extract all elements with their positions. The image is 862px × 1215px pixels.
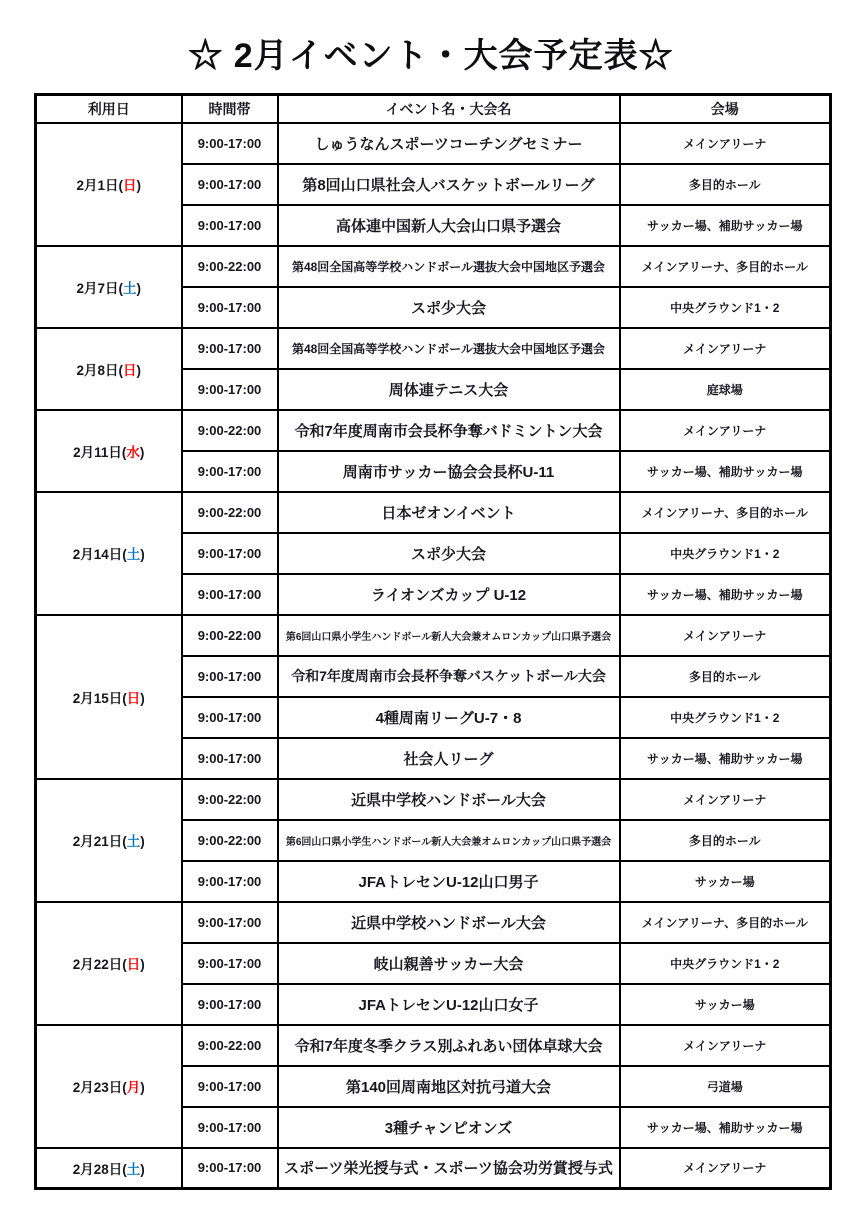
event-name-cell: 第6回山口県小学生ハンドボール新人大会兼オムロンカップ山口県予選会 xyxy=(278,615,620,656)
venue-cell: メインアリーナ xyxy=(620,410,831,451)
event-name-cell: 第8回山口県社会人バスケットボールリーグ xyxy=(278,164,620,205)
schedule-page: ☆ 2月イベント・大会予定表☆ 利用日 時間帯 イベント名・大会名 会場 2月1… xyxy=(0,0,862,1215)
time-cell: 9:00-22:00 xyxy=(182,615,278,656)
venue-cell: 庭球場 xyxy=(620,369,831,410)
page-title: ☆ 2月イベント・大会予定表☆ xyxy=(0,28,862,77)
venue-cell: 中央グラウンド1・2 xyxy=(620,943,831,984)
time-cell: 9:00-17:00 xyxy=(182,574,278,615)
header-row: 利用日 時間帯 イベント名・大会名 会場 xyxy=(36,95,831,123)
venue-cell: サッカー場、補助サッカー場 xyxy=(620,574,831,615)
date-cell: 2月21日(土) xyxy=(36,779,182,902)
venue-cell: 中央グラウンド1・2 xyxy=(620,533,831,574)
table-row: 2月8日(日)9:00-17:00第48回全国高等学校ハンドボール選抜大会中国地… xyxy=(36,328,831,369)
event-name-cell: 社会人リーグ xyxy=(278,738,620,779)
time-cell: 9:00-17:00 xyxy=(182,1066,278,1107)
venue-cell: 多目的ホール xyxy=(620,820,831,861)
venue-cell: メインアリーナ xyxy=(620,779,831,820)
event-name-cell: しゅうなんスポーツコーチングセミナー xyxy=(278,123,620,164)
date-text: 2月14日( xyxy=(73,547,127,562)
time-cell: 9:00-17:00 xyxy=(182,123,278,164)
venue-cell: メインアリーナ xyxy=(620,615,831,656)
date-cell: 2月15日(日) xyxy=(36,615,182,779)
time-cell: 9:00-17:00 xyxy=(182,738,278,779)
venue-cell: 多目的ホール xyxy=(620,164,831,205)
venue-cell: メインアリーナ xyxy=(620,328,831,369)
time-cell: 9:00-22:00 xyxy=(182,779,278,820)
time-cell: 9:00-17:00 xyxy=(182,984,278,1025)
time-cell: 9:00-17:00 xyxy=(182,697,278,738)
time-cell: 9:00-22:00 xyxy=(182,246,278,287)
venue-cell: サッカー場 xyxy=(620,861,831,902)
date-cell: 2月28日(土) xyxy=(36,1148,182,1189)
date-text-close: ) xyxy=(140,957,145,972)
date-text-close: ) xyxy=(140,1080,145,1095)
header-date: 利用日 xyxy=(36,95,182,123)
date-text-close: ) xyxy=(140,1162,145,1177)
day-of-week: 日 xyxy=(127,957,141,972)
time-cell: 9:00-17:00 xyxy=(182,533,278,574)
time-cell: 9:00-17:00 xyxy=(182,902,278,943)
event-name-cell: スポ少大会 xyxy=(278,533,620,574)
day-of-week: 日 xyxy=(123,363,137,378)
venue-cell: メインアリーナ xyxy=(620,1025,831,1066)
event-name-cell: 日本ゼオンイベント xyxy=(278,492,620,533)
date-text-close: ) xyxy=(140,445,145,460)
event-name-cell: 4種周南リーグU-7・8 xyxy=(278,697,620,738)
event-name-cell: 第140回周南地区対抗弓道大会 xyxy=(278,1066,620,1107)
event-name-cell: 3種チャンピオンズ xyxy=(278,1107,620,1148)
day-of-week: 土 xyxy=(127,547,141,562)
date-cell: 2月23日(月) xyxy=(36,1025,182,1148)
time-cell: 9:00-17:00 xyxy=(182,287,278,328)
date-text: 2月15日( xyxy=(73,691,127,706)
table-row: 2月21日(土)9:00-22:00近県中学校ハンドボール大会メインアリーナ xyxy=(36,779,831,820)
table-header: 利用日 時間帯 イベント名・大会名 会場 xyxy=(36,95,831,123)
time-cell: 9:00-17:00 xyxy=(182,369,278,410)
day-of-week: 日 xyxy=(123,178,137,193)
event-name-cell: 第48回全国高等学校ハンドボール選抜大会中国地区予選会 xyxy=(278,246,620,287)
date-cell: 2月1日(日) xyxy=(36,123,182,246)
event-name-cell: 令和7年度周南市会長杯争奪バドミントン大会 xyxy=(278,410,620,451)
venue-cell: サッカー場、補助サッカー場 xyxy=(620,1107,831,1148)
event-name-cell: 近県中学校ハンドボール大会 xyxy=(278,902,620,943)
time-cell: 9:00-17:00 xyxy=(182,656,278,697)
date-text: 2月8日( xyxy=(76,363,123,378)
date-text-close: ) xyxy=(137,178,142,193)
day-of-week: 水 xyxy=(126,445,140,460)
event-name-cell: 周体連テニス大会 xyxy=(278,369,620,410)
time-cell: 9:00-17:00 xyxy=(182,943,278,984)
time-cell: 9:00-17:00 xyxy=(182,451,278,492)
event-name-cell: 令和7年度周南市会長杯争奪バスケットボール大会 xyxy=(278,656,620,697)
venue-cell: メインアリーナ、多目的ホール xyxy=(620,246,831,287)
date-text-close: ) xyxy=(140,691,145,706)
schedule-body: 2月1日(日)9:00-17:00しゅうなんスポーツコーチングセミナーメインアリ… xyxy=(36,123,831,1189)
date-cell: 2月14日(土) xyxy=(36,492,182,615)
venue-cell: サッカー場、補助サッカー場 xyxy=(620,205,831,246)
date-text: 2月22日( xyxy=(73,957,127,972)
event-name-cell: ライオンズカップ U-12 xyxy=(278,574,620,615)
venue-cell: メインアリーナ、多目的ホール xyxy=(620,902,831,943)
table-row: 2月23日(月)9:00-22:00令和7年度冬季クラス別ふれあい団体卓球大会メ… xyxy=(36,1025,831,1066)
table-row: 2月15日(日)9:00-22:00第6回山口県小学生ハンドボール新人大会兼オム… xyxy=(36,615,831,656)
time-cell: 9:00-17:00 xyxy=(182,1107,278,1148)
day-of-week: 土 xyxy=(127,1162,141,1177)
venue-cell: 中央グラウンド1・2 xyxy=(620,287,831,328)
table-row: 2月22日(日)9:00-17:00近県中学校ハンドボール大会メインアリーナ、多… xyxy=(36,902,831,943)
date-text-close: ) xyxy=(137,363,142,378)
date-text: 2月7日( xyxy=(76,281,123,296)
time-cell: 9:00-17:00 xyxy=(182,861,278,902)
event-schedule-table: 利用日 時間帯 イベント名・大会名 会場 2月1日(日)9:00-17:00しゅ… xyxy=(34,93,832,1190)
event-name-cell: 第48回全国高等学校ハンドボール選抜大会中国地区予選会 xyxy=(278,328,620,369)
time-cell: 9:00-17:00 xyxy=(182,164,278,205)
venue-cell: メインアリーナ、多目的ホール xyxy=(620,492,831,533)
venue-cell: 弓道場 xyxy=(620,1066,831,1107)
date-text: 2月23日( xyxy=(73,1080,127,1095)
event-name-cell: JFAトレセンU-12山口女子 xyxy=(278,984,620,1025)
time-cell: 9:00-17:00 xyxy=(182,205,278,246)
event-name-cell: 岐山親善サッカー大会 xyxy=(278,943,620,984)
event-name-cell: 近県中学校ハンドボール大会 xyxy=(278,779,620,820)
date-text-close: ) xyxy=(137,281,142,296)
time-cell: 9:00-17:00 xyxy=(182,1148,278,1189)
date-cell: 2月22日(日) xyxy=(36,902,182,1025)
table-row: 2月7日(土)9:00-22:00第48回全国高等学校ハンドボール選抜大会中国地… xyxy=(36,246,831,287)
header-venue: 会場 xyxy=(620,95,831,123)
venue-cell: サッカー場、補助サッカー場 xyxy=(620,451,831,492)
date-text-close: ) xyxy=(140,834,145,849)
venue-cell: メインアリーナ xyxy=(620,123,831,164)
date-cell: 2月7日(土) xyxy=(36,246,182,328)
date-text-close: ) xyxy=(140,547,145,562)
date-text: 2月21日( xyxy=(73,834,127,849)
table-row: 2月14日(土)9:00-22:00日本ゼオンイベントメインアリーナ、多目的ホー… xyxy=(36,492,831,533)
table-row: 2月28日(土)9:00-17:00スポーツ栄光授与式・スポーツ協会功労賞授与式… xyxy=(36,1148,831,1189)
venue-cell: 多目的ホール xyxy=(620,656,831,697)
event-name-cell: スポーツ栄光授与式・スポーツ協会功労賞授与式 xyxy=(278,1148,620,1189)
day-of-week: 月 xyxy=(127,1080,141,1095)
event-name-cell: 高体連中国新人大会山口県予選会 xyxy=(278,205,620,246)
day-of-week: 土 xyxy=(123,281,137,296)
event-name-cell: JFAトレセンU-12山口男子 xyxy=(278,861,620,902)
venue-cell: メインアリーナ xyxy=(620,1148,831,1189)
event-name-cell: 周南市サッカー協会会長杯U-11 xyxy=(278,451,620,492)
date-cell: 2月8日(日) xyxy=(36,328,182,410)
day-of-week: 土 xyxy=(127,834,141,849)
time-cell: 9:00-22:00 xyxy=(182,410,278,451)
time-cell: 9:00-17:00 xyxy=(182,328,278,369)
date-text: 2月11日( xyxy=(73,445,126,460)
date-text: 2月1日( xyxy=(76,178,123,193)
event-name-cell: スポ少大会 xyxy=(278,287,620,328)
date-text: 2月28日( xyxy=(73,1162,127,1177)
event-name-cell: 令和7年度冬季クラス別ふれあい団体卓球大会 xyxy=(278,1025,620,1066)
venue-cell: サッカー場 xyxy=(620,984,831,1025)
header-event: イベント名・大会名 xyxy=(278,95,620,123)
venue-cell: 中央グラウンド1・2 xyxy=(620,697,831,738)
time-cell: 9:00-22:00 xyxy=(182,1025,278,1066)
event-name-cell: 第6回山口県小学生ハンドボール新人大会兼オムロンカップ山口県予選会 xyxy=(278,820,620,861)
table-row: 2月11日(水)9:00-22:00令和7年度周南市会長杯争奪バドミントン大会メ… xyxy=(36,410,831,451)
time-cell: 9:00-22:00 xyxy=(182,492,278,533)
time-cell: 9:00-22:00 xyxy=(182,820,278,861)
venue-cell: サッカー場、補助サッカー場 xyxy=(620,738,831,779)
header-time: 時間帯 xyxy=(182,95,278,123)
date-cell: 2月11日(水) xyxy=(36,410,182,492)
table-row: 2月1日(日)9:00-17:00しゅうなんスポーツコーチングセミナーメインアリ… xyxy=(36,123,831,164)
day-of-week: 日 xyxy=(127,691,141,706)
